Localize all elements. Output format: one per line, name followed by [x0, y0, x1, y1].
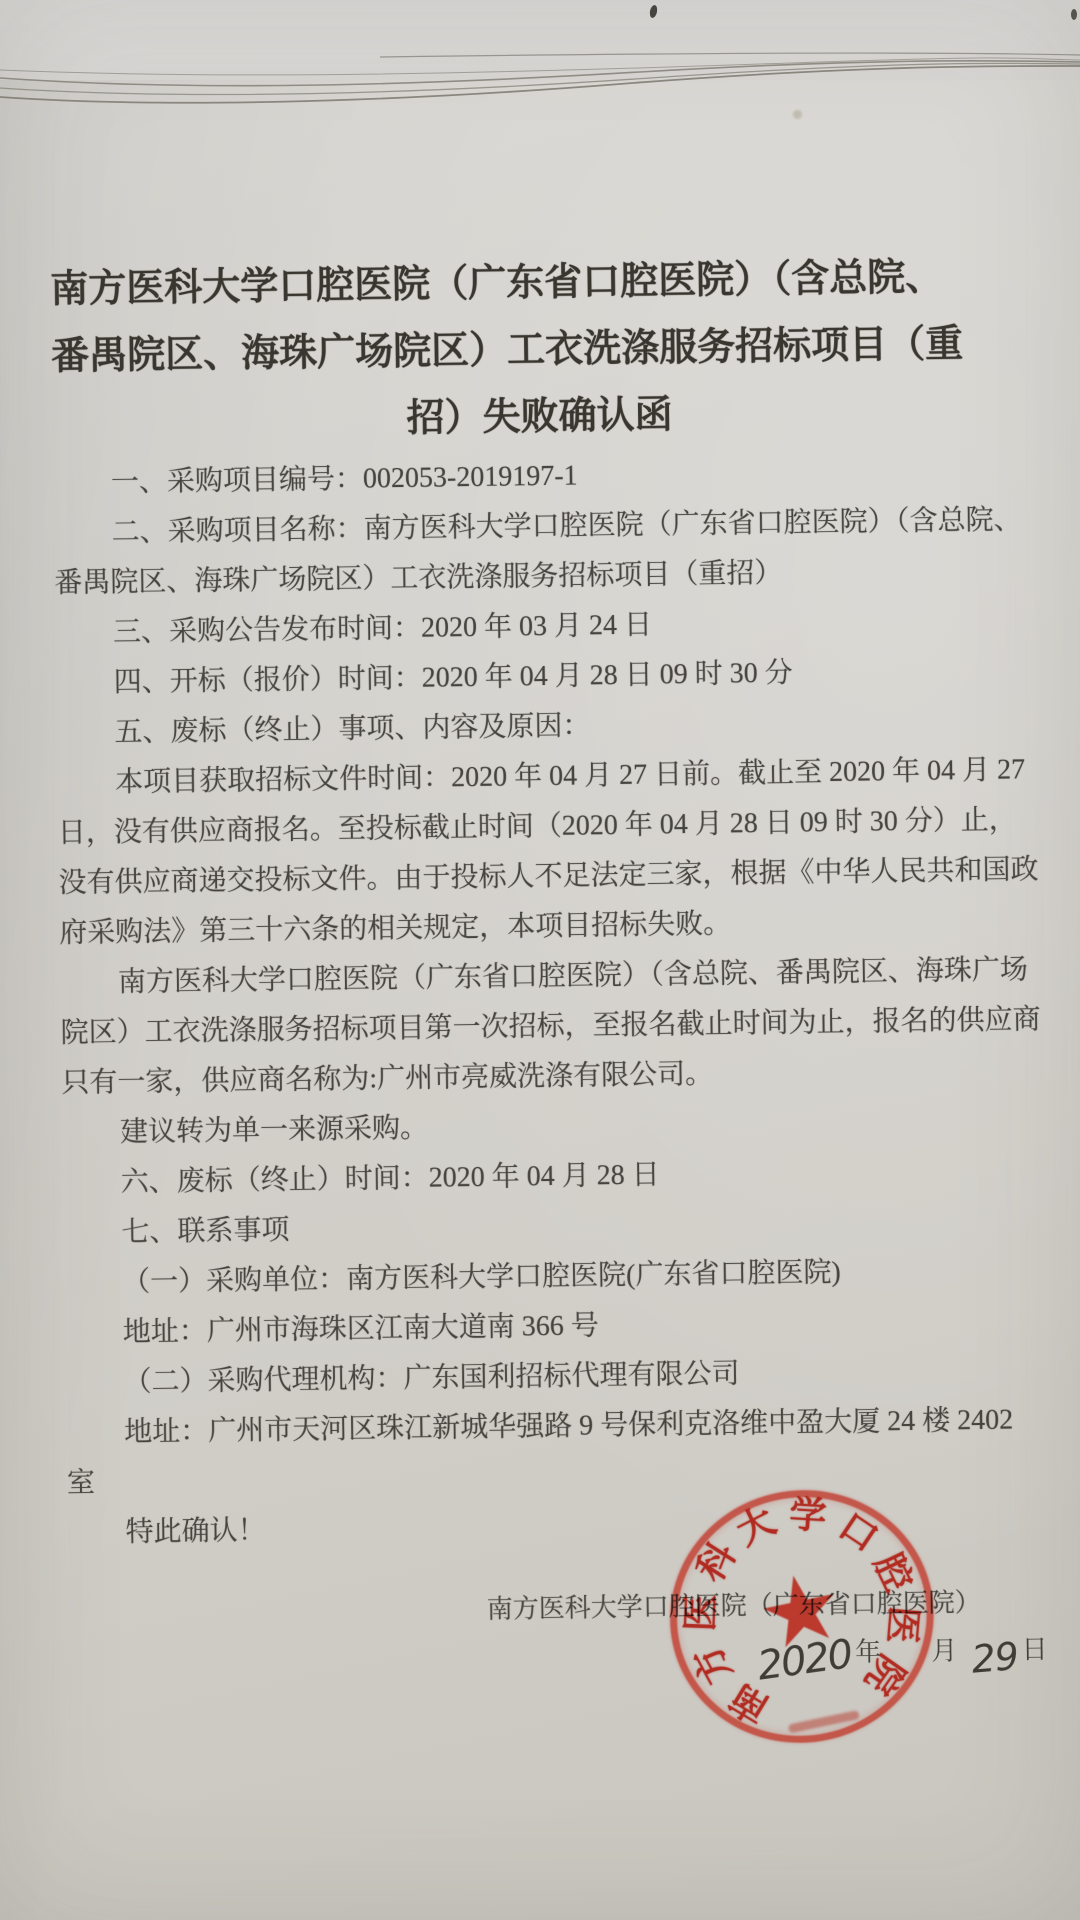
document-title: 南方医科大学口腔医院（广东省口腔医院）（含总院、番禺院区、海珠广场院区）工衣洗涤…	[50, 243, 1028, 458]
day-unit: 日	[1021, 1635, 1047, 1664]
seal-ring-char: 学	[788, 1494, 828, 1538]
seal-ring-char: 医	[880, 1604, 925, 1645]
title-line: 番禺院区、海珠广场院区）工衣洗涤服务招标项目（重	[51, 310, 1027, 391]
handwritten-day: 29	[970, 1634, 1020, 1682]
document-body: 一、采购项目编号：002053-2019197-1二、采购项目名称：南方医科大学…	[53, 445, 1043, 1559]
official-seal-stamp: ★ 南方医科大学口腔医院	[647, 1466, 957, 1767]
title-line: 招）失败确认函	[52, 377, 1028, 458]
seal-ring-char: 医	[679, 1593, 722, 1633]
dust-speck	[1071, 9, 1077, 20]
confirmation-letter: 南方医科大学口腔医院（广东省口腔医院）（含总院、番禺院区、海珠广场院区）工衣洗涤…	[46, 0, 1048, 1920]
document-photo: 南方医科大学口腔医院（广东省口腔医院）（含总院、番禺院区、海珠广场院区）工衣洗涤…	[0, 0, 1080, 1920]
